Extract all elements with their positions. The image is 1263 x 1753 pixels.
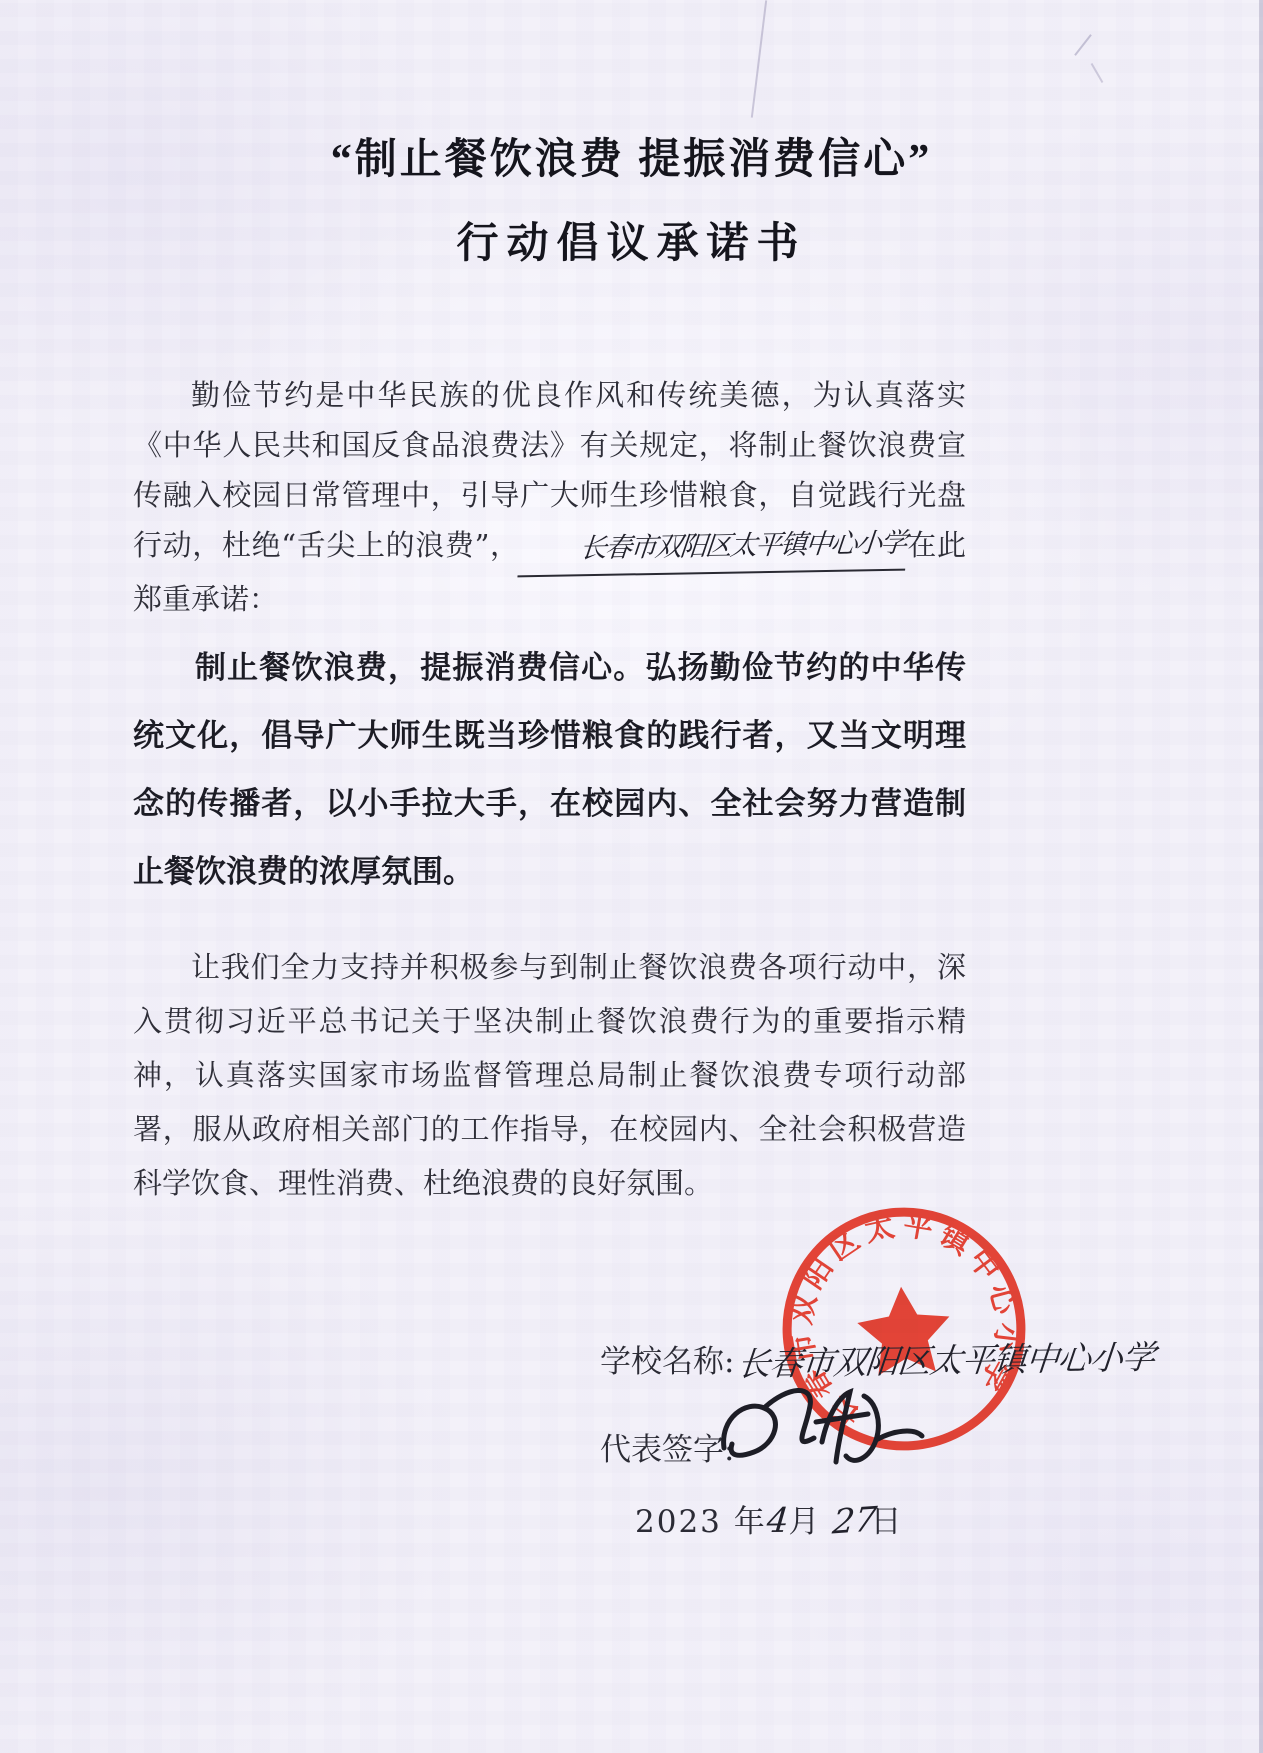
school-name-line: 学校名称:长春市双阳区太平镇中心小学 — [600, 1335, 1154, 1382]
document-title-line1: “制止餐饮浪费 提振消费信心” — [0, 126, 1263, 186]
handwritten-school-name-inline: 长春市双阳区太平镇中心小学 — [517, 519, 909, 578]
fold-crease-top — [751, 0, 767, 117]
representative-signature-line: 代表签字: — [600, 1424, 734, 1469]
school-name-label: 学校名称: — [600, 1344, 734, 1380]
date-line: 2023 年4月 27日 — [635, 1496, 904, 1541]
scanned-document-page: “制止餐饮浪费 提振消费信心” 行动倡议承诺书 勤俭节约是中华民族的优良作风和传… — [0, 0, 1263, 1753]
paragraph-commitment-bold: 制止餐饮浪费，提振消费信心。弘扬勤俭节约的中华传统文化，倡导广大师生既当珍惜粮食… — [133, 634, 966, 906]
handwritten-day: 27 — [831, 1500, 879, 1543]
fold-crease-corner-2 — [1091, 63, 1104, 83]
document-title-line2: 行动倡议承诺书 — [0, 210, 1263, 270]
date-month-unit: 月 — [788, 1504, 833, 1540]
handwritten-signature — [718, 1378, 928, 1478]
fold-crease-corner-1 — [1074, 34, 1092, 56]
paragraph-action-support: 让我们全力支持并积极参与到制止餐饮浪费各项行动中，深入贯彻习近平总书记关于坚决制… — [133, 940, 966, 1210]
paragraph-pledge-intro: 勤俭节约是中华民族的优良作风和传统美德，为认真落实《中华人民共和国反食品浪费法》… — [133, 370, 966, 624]
signature-label: 代表签字: — [600, 1432, 734, 1468]
date-year: 2023 年 — [635, 1504, 767, 1540]
handwritten-month: 4 — [765, 1501, 790, 1541]
